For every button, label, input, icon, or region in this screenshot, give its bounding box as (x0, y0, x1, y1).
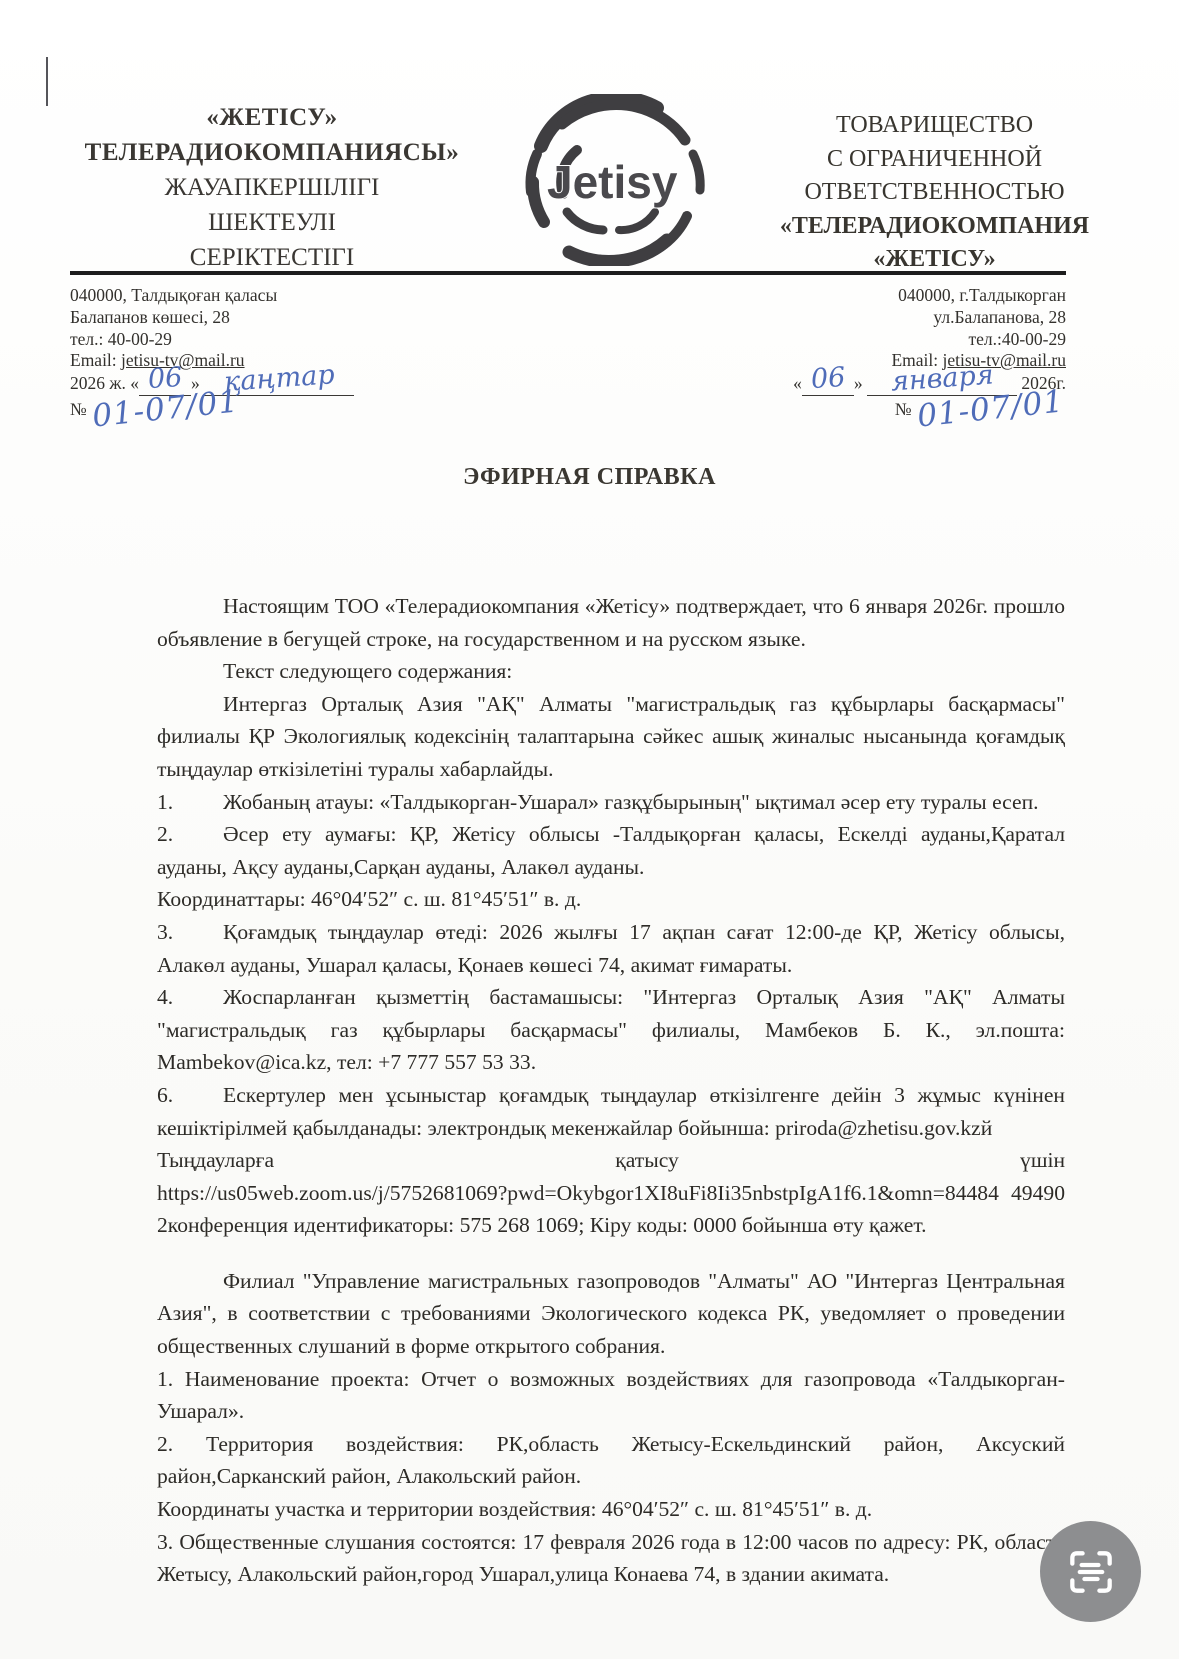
kz-item-6: 6.Ескертулер мен ұсыныстар қоғамдық тыңд… (157, 1079, 1065, 1144)
handwritten-month-kz: қаңтар (223, 366, 335, 392)
kz-item-1-number: 1. (157, 786, 223, 819)
ru-item-1: 1. Наименование проекта: Отчет о возможн… (157, 1363, 1065, 1428)
kz-item-1-text: Жобаның атауы: «Талдыкорган-Ушарал» газқ… (223, 790, 1039, 814)
contact-block-russian: 040000, г.Талдыкорган ул.Балапанова, 28 … (793, 285, 1066, 421)
kz-item-3: 3.Қоғамдық тыңдаулар өтеді: 2026 жылғы 1… (157, 916, 1065, 981)
scan-text-button[interactable] (1040, 1521, 1141, 1622)
handwritten-day-kz: 06 (147, 369, 183, 389)
email-kz-label: Email: (70, 350, 121, 370)
scan-artifact-line (46, 57, 48, 106)
handwritten-day-ru: 06 (810, 369, 846, 389)
zoom-url-line: https://us05web.zoom.us/j/5752681069?pwd… (157, 1177, 1065, 1242)
kz-item-4-text: Жоспарланған қызметтің бастамашысы: "Инт… (157, 985, 1065, 1074)
kz-item-2-number: 2. (157, 818, 223, 851)
org-ru-line4: «ТЕЛЕРАДИОКОМПАНИЯ (762, 210, 1107, 244)
kz-item-3-text: Қоғамдық тыңдаулар өтеді: 2026 жылғы 17 … (157, 920, 1065, 977)
phone-kz: тел.: 40-00-29 (70, 329, 354, 351)
contact-blocks: 040000, Талдықоған қаласы Балапанов көше… (70, 285, 1066, 421)
address-kz-line2: Балапанов көшесі, 28 (70, 307, 354, 329)
org-kz-line4: ШЕКТЕУЛІ (72, 205, 472, 240)
date-ru-day-blank: 06 (802, 372, 854, 396)
number-kz-blank: 01-07/01 (91, 396, 241, 421)
org-kz-line2: ТЕЛЕРАДИОКОМПАНИЯСЫ» (72, 135, 472, 170)
org-kz-line5: СЕРІКТЕСТІГІ (72, 240, 472, 275)
jetisu-logo: Jetisy (507, 94, 727, 266)
org-ru-line3: ОТВЕТСТВЕННОСТЬЮ (762, 176, 1107, 210)
org-ru-line2: С ОГРАНИЧЕННОЙ (762, 143, 1107, 177)
document-body: Настоящим ТОО «Телерадиокомпания «Жетісу… (157, 590, 1065, 1591)
address-ru-line1: 040000, г.Талдыкорган (793, 285, 1066, 307)
kz-item-4: 4.Жоспарланған қызметтің бастамашысы: "И… (157, 981, 1065, 1079)
date-ru-close: » (854, 373, 863, 393)
handwritten-month-ru: января (890, 367, 994, 392)
logo-wordmark: Jetisy (547, 156, 678, 208)
kz-item-1: 1.Жобаның атауы: «Талдыкорган-Ушарал» га… (157, 786, 1065, 819)
date-ru-open: « (793, 373, 802, 393)
kz-item-6-text: Ескертулер мен ұсыныстар қоғамдық тыңдау… (157, 1083, 1065, 1140)
letterhead: «ЖЕТІСУ» ТЕЛЕРАДИОКОМПАНИЯСЫ» ЖАУАПКЕРШІ… (72, 100, 1107, 277)
kz-item-6-number: 6. (157, 1079, 223, 1112)
org-kz-line1: «ЖЕТІСУ» (72, 100, 472, 135)
zoom-invite-line: Тыңдауларға қатысу үшін (157, 1144, 1065, 1177)
document-title: ЭФИРНАЯ СПРАВКА (0, 464, 1179, 491)
paragraph-text-intro: Текст следующего содержания: (157, 655, 1065, 688)
handwritten-number-ru: 01-07/01 (917, 392, 1065, 425)
number-ru-label: № (895, 399, 912, 419)
phone-ru: тел.:40-00-29 (793, 329, 1066, 351)
kz-coordinates: Координаттары: 46°04′52″ с. ш. 81°45′51″… (157, 883, 1065, 916)
address-kz-line1: 040000, Талдықоған қаласы (70, 285, 354, 307)
number-ru-blank: 01-07/01 (916, 396, 1066, 421)
org-name-kazakh: «ЖЕТІСУ» ТЕЛЕРАДИОКОМПАНИЯСЫ» ЖАУАПКЕРШІ… (72, 100, 472, 275)
org-ru-line1: ТОВАРИЩЕСТВО (762, 109, 1107, 143)
number-kz-label: № (70, 399, 87, 419)
kz-item-4-number: 4. (157, 981, 223, 1014)
date-kz-prefix: 2026 ж. « (70, 373, 139, 393)
paragraph-ru-announcement: Филиал "Управление магистральных газопро… (157, 1265, 1065, 1363)
ru-coordinates: Координаты участка и территории воздейст… (157, 1493, 1065, 1526)
kz-item-3-number: 3. (157, 916, 223, 949)
ru-item-2: 2. Территория воздействия: РК,область Же… (157, 1428, 1065, 1493)
handwritten-number-kz: 01-07/01 (92, 392, 240, 425)
kz-item-2-text: Әсер ету аумағы: ҚР, Жетісу облысы -Талд… (157, 822, 1065, 879)
kz-item-2: 2.Әсер ету аумағы: ҚР, Жетісу облысы -Та… (157, 818, 1065, 883)
doc-number-ru: № 01-07/01 (793, 396, 1066, 421)
address-ru-line2: ул.Балапанова, 28 (793, 307, 1066, 329)
ru-item-3: 3. Общественные слушания состоятся: 17 ф… (157, 1526, 1065, 1591)
org-name-russian: ТОВАРИЩЕСТВО С ОГРАНИЧЕННОЙ ОТВЕТСТВЕННО… (762, 100, 1107, 277)
contact-block-kazakh: 040000, Талдықоған қаласы Балапанов көше… (70, 285, 354, 421)
org-kz-line3: ЖАУАПКЕРШІЛІГІ (72, 170, 472, 205)
letterhead-rule (70, 271, 1066, 275)
doc-number-kz: № 01-07/01 (70, 396, 354, 421)
paragraph-confirmation: Настоящим ТОО «Телерадиокомпания «Жетісу… (157, 590, 1065, 655)
scan-text-icon (1063, 1544, 1119, 1600)
jetisu-logo-swirl-icon: Jetisy (507, 94, 727, 266)
paragraph-kz-announcement: Интергаз Орталық Азия "АҚ" Алматы "магис… (157, 688, 1065, 786)
